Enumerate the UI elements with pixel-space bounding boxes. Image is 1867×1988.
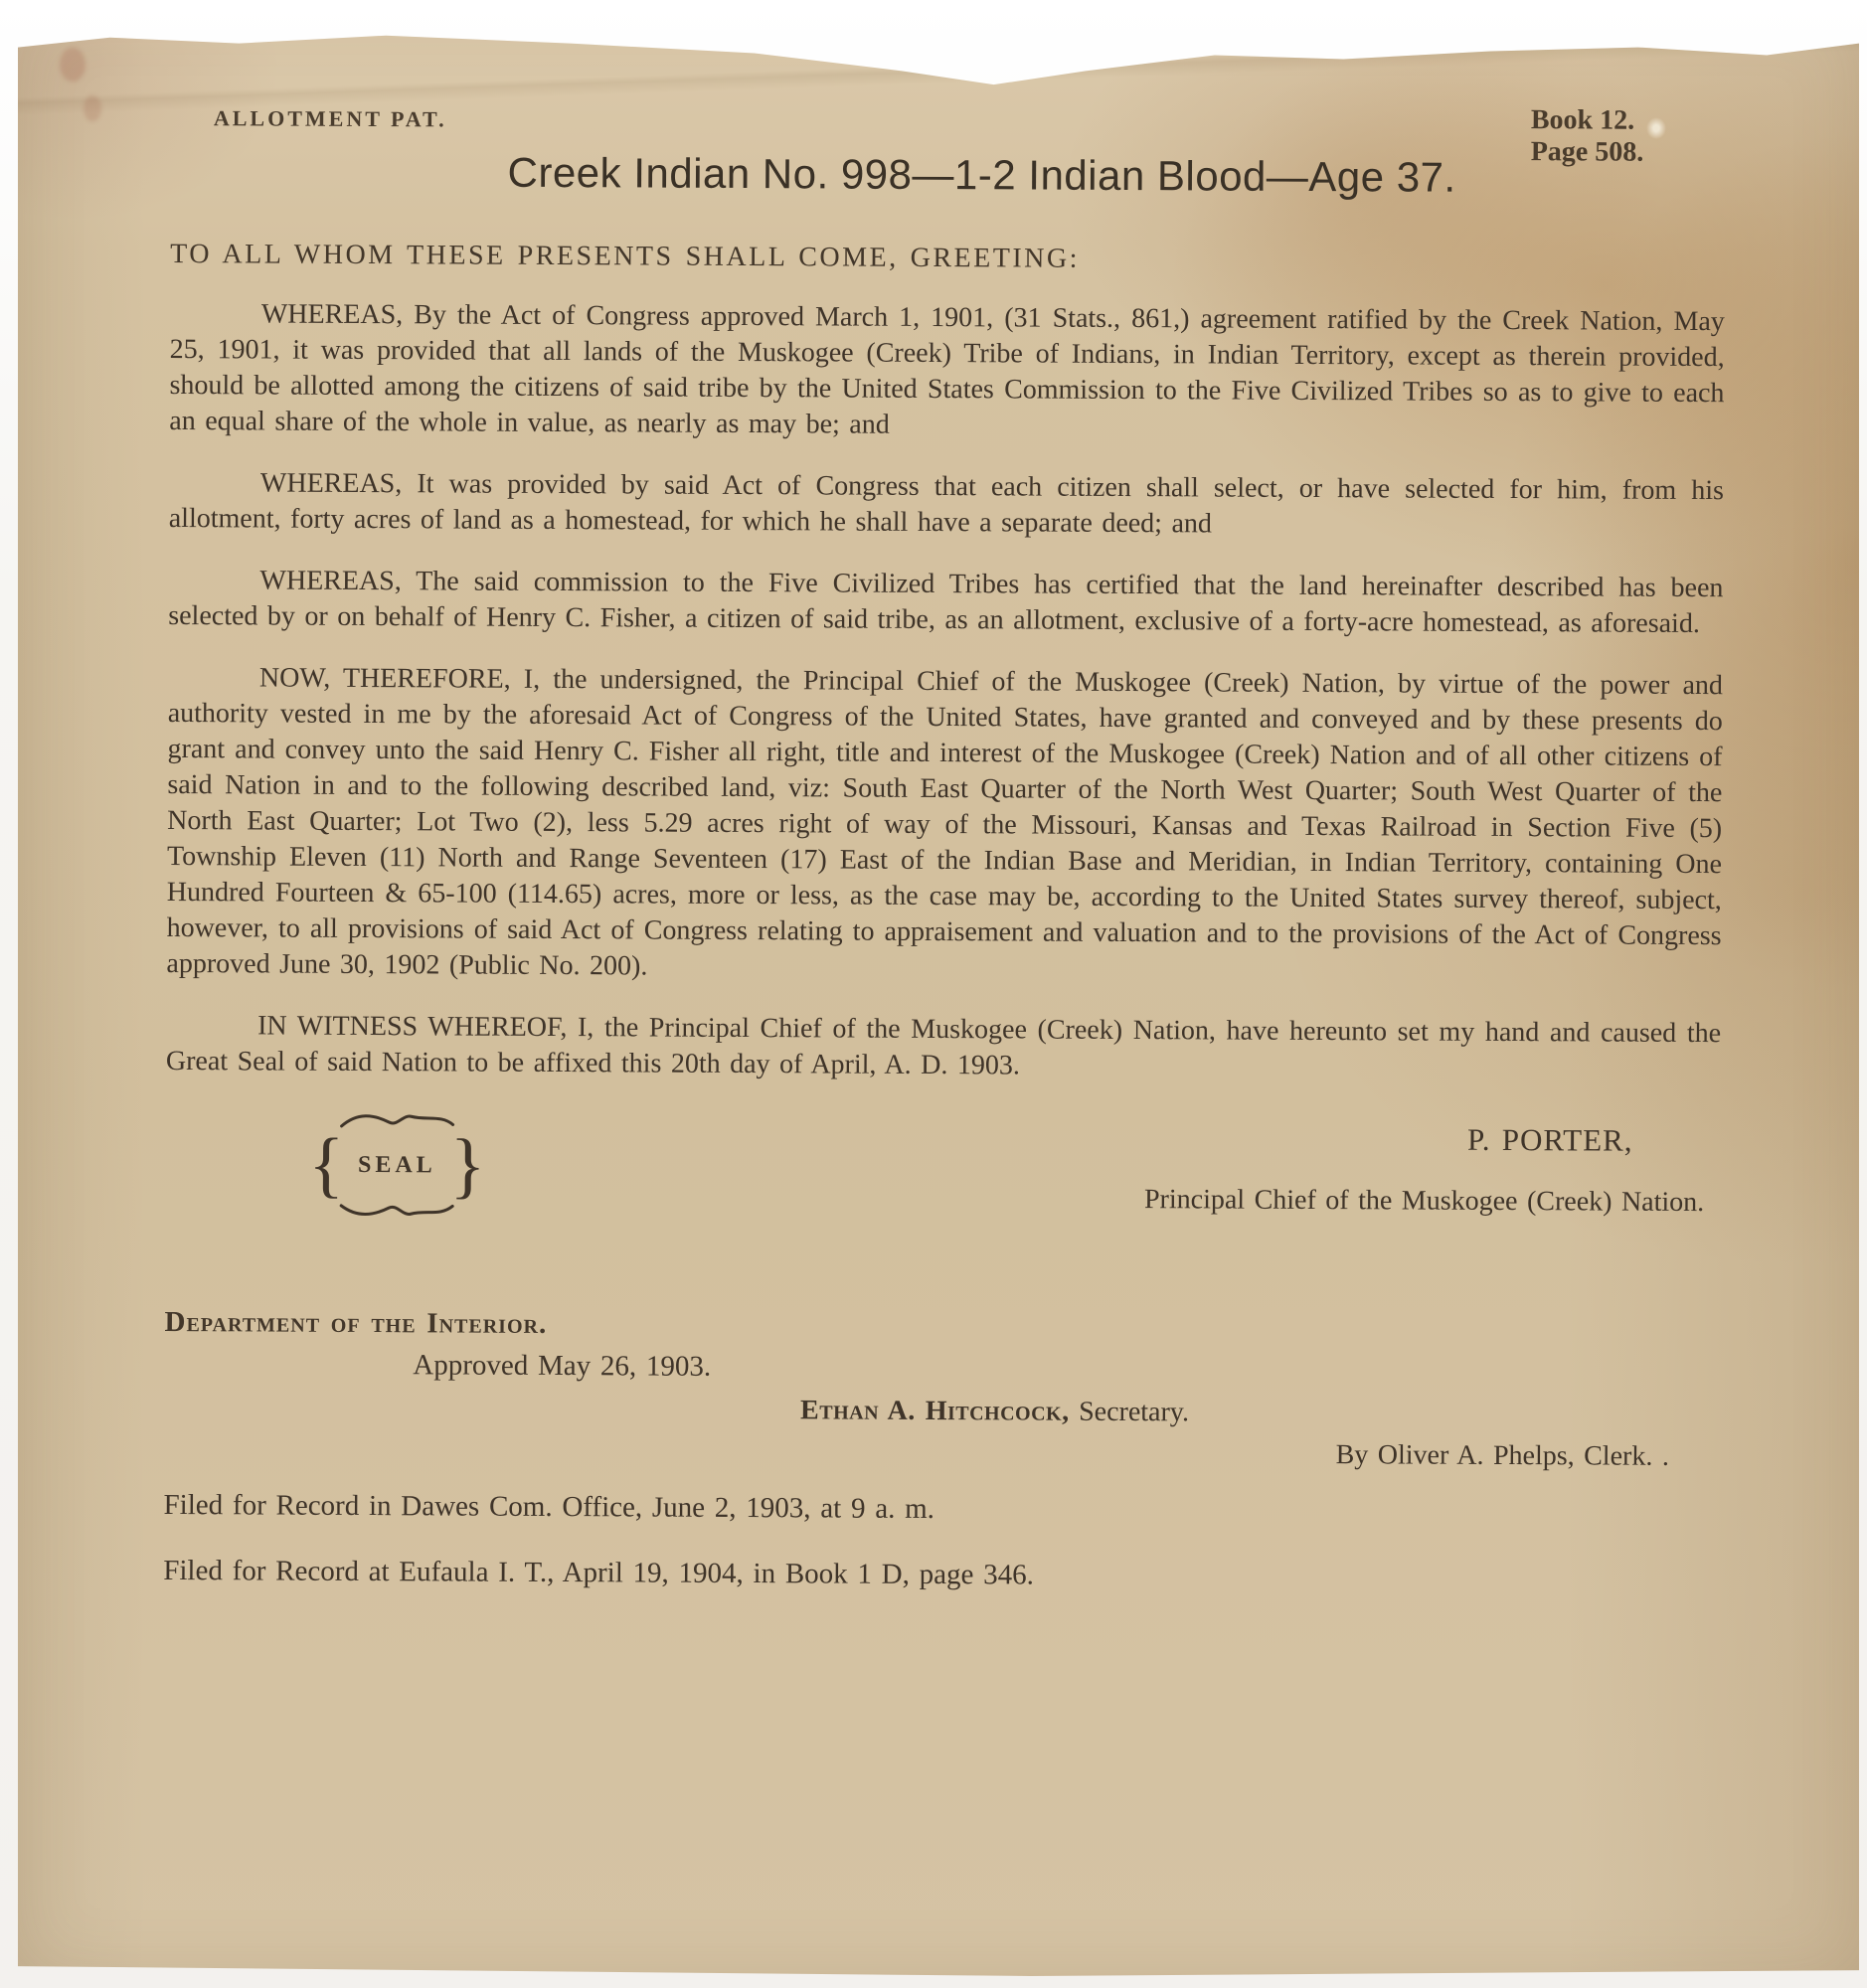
salutation-line: TO ALL WHOM THESE PRESENTS SHALL COME, G… — [170, 237, 1725, 280]
filing-record-line-2: Filed for Record at Eufaula I. T., April… — [163, 1553, 1718, 1596]
document-content: TO ALL WHOM THESE PRESENTS SHALL COME, G… — [163, 237, 1725, 1596]
doc-type-label: ALLOTMENT PAT. — [214, 105, 447, 132]
signature-title: Principal Chief of the Muskogee (Creek) … — [925, 1181, 1720, 1221]
seal-label: SEAL — [354, 1147, 440, 1183]
whereas-paragraph-1: WHEREAS, By the Act of Congress approved… — [169, 296, 1725, 447]
document-paper: ALLOTMENT PAT. Book 12. Page 508. Creek … — [18, 10, 1859, 1976]
whereas-paragraph-3: WHEREAS, The said commission to the Five… — [168, 563, 1723, 642]
seal-brace-right: } — [450, 1130, 486, 1200]
secretary-signature-line: Ethan A. Hitchcock, Secretary. — [800, 1393, 1719, 1433]
document-title: Creek Indian No. 998—1-2 Indian Blood—Ag… — [236, 147, 1727, 203]
signature-name: P. PORTER, — [925, 1119, 1720, 1159]
seal-bracket-bottom-icon — [337, 1200, 456, 1221]
secretary-role: Secretary. — [1070, 1397, 1190, 1428]
document-body: ALLOTMENT PAT. Book 12. Page 508. Creek … — [8, 9, 1859, 1985]
filing-record-line-1: Filed for Record in Dawes Com. Office, J… — [164, 1487, 1719, 1531]
clerk-signature-line: By Oliver A. Phelps, Clerk. . — [164, 1431, 1719, 1475]
book-number: Book 12. — [1531, 104, 1644, 137]
seal-center: { SEAL } — [302, 1130, 491, 1201]
approved-date-line: Approved May 26, 1903. — [413, 1347, 1719, 1390]
seal-brace-left: { — [308, 1130, 344, 1200]
whereas-paragraph-2: WHEREAS, It was provided by said Act of … — [169, 465, 1724, 545]
seal-mark: { SEAL } — [302, 1110, 492, 1221]
seal-and-signature-row: { SEAL } P. PORTER, Principal Chief of t… — [165, 1105, 1721, 1312]
secretary-name: Ethan A. Hitchcock, — [800, 1395, 1070, 1426]
signature-block: P. PORTER, Principal Chief of the Muskog… — [925, 1119, 1721, 1221]
grant-paragraph: NOW, THEREFORE, I, the undersigned, the … — [166, 660, 1723, 990]
witness-paragraph: IN WITNESS WHEREOF, I, the Principal Chi… — [166, 1008, 1721, 1087]
seal-bracket-top-icon — [338, 1110, 457, 1131]
